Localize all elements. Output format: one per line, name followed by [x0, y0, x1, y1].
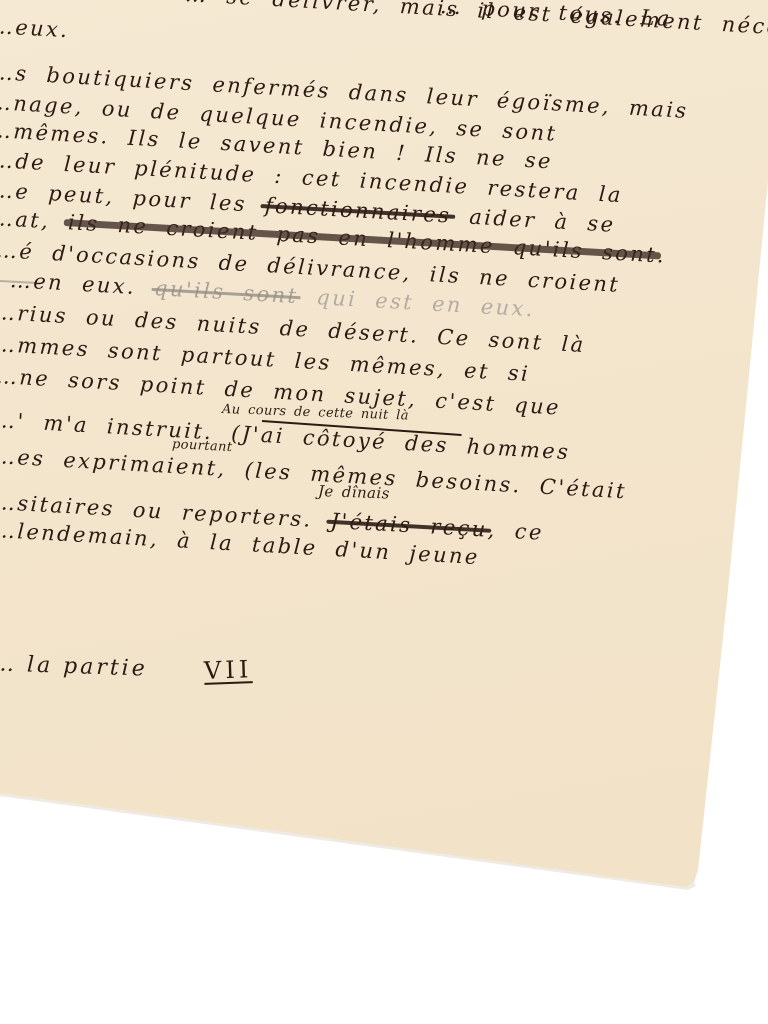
struck-word: J'étais reçu — [330, 509, 488, 542]
pencil-insertion: qui est en eux. — [316, 285, 536, 321]
line-text: … se délivrer — [184, 0, 373, 16]
insertion-text: Je dînais — [318, 482, 390, 502]
line-text: …at, — [0, 206, 51, 233]
pencil-struck-phrase: qu'ils sont — [153, 276, 299, 308]
photo-stage: … se délivrer, mais il est également néc… — [0, 0, 768, 1024]
interlinear-insertion: Je dînais — [318, 482, 390, 502]
manuscript-line: …eux. — [0, 14, 70, 42]
manuscript-text: … se délivrer, mais il est également néc… — [0, 0, 768, 1024]
line-text: …en eux. — [9, 268, 136, 299]
continuation-note: … la partie — [0, 651, 148, 681]
line-text: …eux. — [0, 14, 70, 42]
line-text: , ce — [487, 518, 544, 545]
line-text: (J'ai côtoyé des hommes — [231, 421, 571, 464]
insertion-text: pourtant — [172, 437, 233, 455]
interlinear-insertion: pourtant — [172, 437, 233, 455]
folio-number: VII — [204, 655, 253, 685]
line-text: aider à se — [469, 205, 616, 237]
